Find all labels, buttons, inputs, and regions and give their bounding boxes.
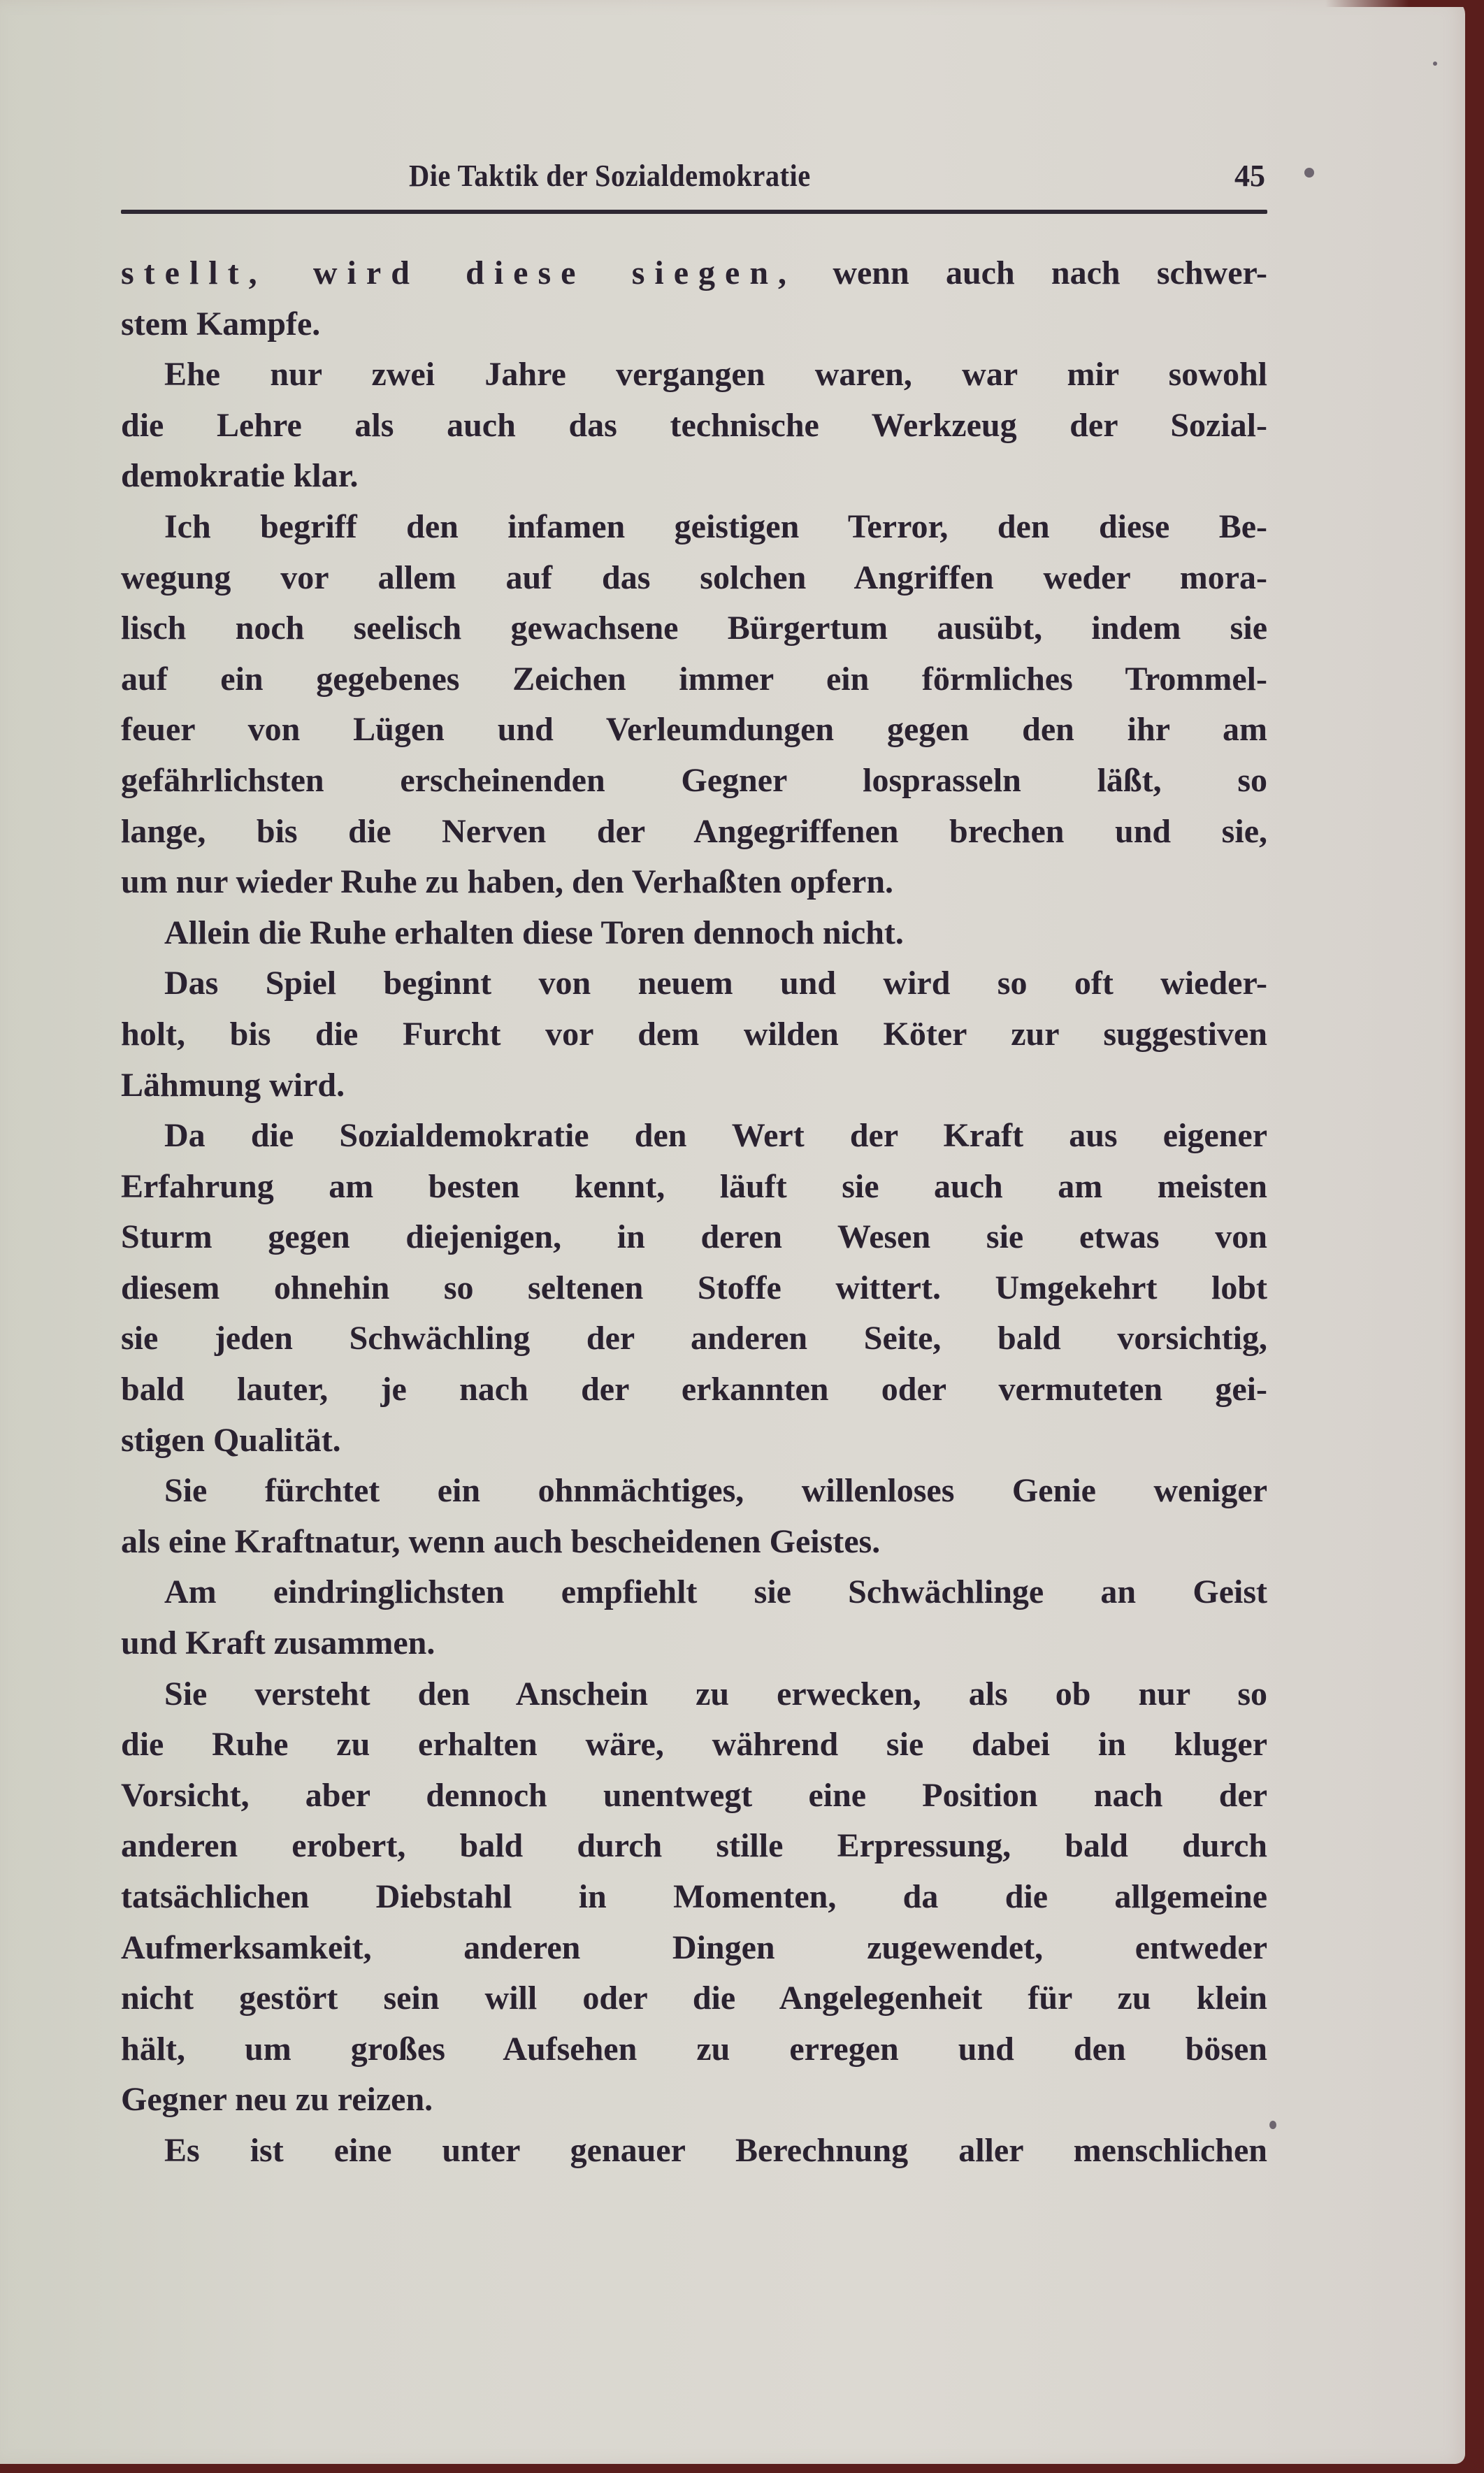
- text-line: die Ruhe zu erhalten wäre, während sie d…: [121, 1719, 1267, 1771]
- text-line: stem Kampfe.: [121, 299, 1267, 350]
- text-line: gefährlichsten erscheinenden Gegner losp…: [121, 756, 1267, 807]
- text-line: tatsächlichen Diebstahl in Momenten, da …: [121, 1872, 1267, 1923]
- text-line: Sturm gegen diejenigen, in deren Wesen s…: [121, 1212, 1267, 1263]
- text-line: und Kraft zusammen.: [121, 1618, 1267, 1669]
- text-line: Lähmung wird.: [121, 1060, 1267, 1111]
- text-line: Erfahrung am besten kennt, läuft sie auc…: [121, 1162, 1267, 1213]
- text-line: Ich begriff den infamen geistigen Terror…: [121, 502, 1267, 553]
- text-line: Gegner neu zu reizen.: [121, 2075, 1267, 2126]
- text-line: hält, um großes Aufsehen zu erregen und …: [121, 2024, 1267, 2075]
- text-line: holt, bis die Furcht vor dem wilden Köte…: [121, 1009, 1267, 1060]
- running-head: Die Taktik der Sozialdemokratie 45: [121, 155, 1265, 214]
- text-line: als eine Kraftnatur, wenn auch bescheide…: [121, 1517, 1267, 1568]
- text-line: Ehe nur zwei Jahre vergangen waren, war …: [121, 349, 1267, 401]
- paper-speck: [1304, 168, 1314, 178]
- text-line: lisch noch seelisch gewachsene Bürgertum…: [121, 603, 1267, 654]
- text-line: feuer von Lügen und Verleumdungen gegen …: [121, 705, 1267, 756]
- text-line: Am eindringlichsten empfiehlt sie Schwäc…: [121, 1567, 1267, 1618]
- page-number: 45: [1234, 155, 1265, 197]
- text-line: stigen Qualität.: [121, 1415, 1267, 1466]
- text-line: Da die Sozialdemokratie den Wert der Kra…: [121, 1111, 1267, 1162]
- text-line: Das Spiel beginnt von neuem und wird so …: [121, 958, 1267, 1009]
- text-line: nicht gestört sein will oder die Angeleg…: [121, 1973, 1267, 2024]
- header-rule: [121, 210, 1267, 214]
- text-line: die Lehre als auch das technische Werkze…: [121, 401, 1267, 452]
- running-head-title: Die Taktik der Sozialdemokratie: [409, 155, 811, 197]
- book-page: Die Taktik der Sozialdemokratie 45 stell…: [0, 0, 1465, 2464]
- paper-speck: [1269, 2121, 1276, 2129]
- text-line: lange, bis die Nerven der Angegriffenen …: [121, 807, 1267, 858]
- text-line: Aufmerksamkeit, anderen Dingen zugewende…: [121, 1923, 1267, 1974]
- text-line: Es ist eine unter genauer Berechnung all…: [121, 2126, 1267, 2177]
- text-line: demokratie klar.: [121, 451, 1267, 502]
- text-line: Sie fürchtet ein ohnmächtiges, willenlos…: [121, 1466, 1267, 1517]
- book-cover-edge: [1325, 0, 1465, 7]
- text-line: stellt, wird diese siegen, wenn auch nac…: [121, 248, 1267, 299]
- text-line: diesem ohnehin so seltenen Stoffe witter…: [121, 1263, 1267, 1314]
- body-text: stellt, wird diese siegen, wenn auch nac…: [121, 248, 1267, 2177]
- text-line: bald lauter, je nach der erkannten oder …: [121, 1364, 1267, 1415]
- emphasized-text: stellt, wird diese siegen,: [121, 254, 796, 291]
- text-line: anderen erobert, bald durch stille Erpre…: [121, 1821, 1267, 1872]
- paper-speck: [1433, 62, 1437, 66]
- text-line: Allein die Ruhe erhalten diese Toren den…: [121, 908, 1267, 959]
- text-line: Vorsicht, aber dennoch unentwegt eine Po…: [121, 1771, 1267, 1822]
- text-line: wegung vor allem auf das solchen Angriff…: [121, 553, 1267, 604]
- text-line: Sie versteht den Anschein zu erwecken, a…: [121, 1669, 1267, 1720]
- text-line: um nur wieder Ruhe zu haben, den Verhaßt…: [121, 857, 1267, 908]
- text-line: sie jeden Schwächling der anderen Seite,…: [121, 1313, 1267, 1364]
- text-line: auf ein gegebenes Zeichen immer ein förm…: [121, 654, 1267, 705]
